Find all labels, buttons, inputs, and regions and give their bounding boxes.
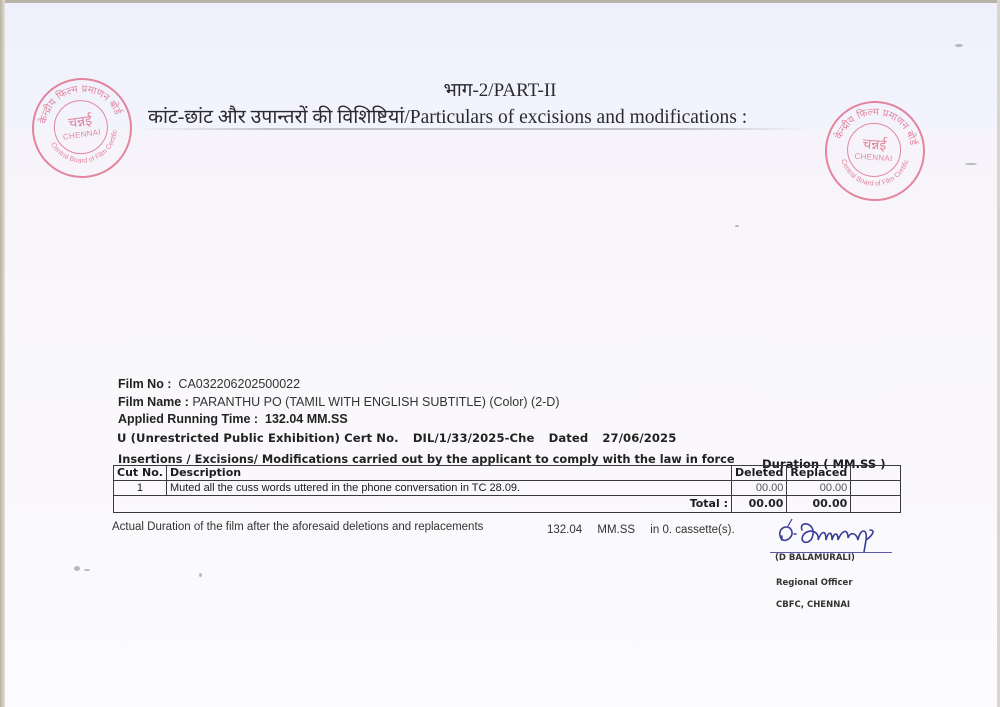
header-description: Description: [166, 466, 731, 481]
cuts-table: Cut No. Description Deleted Replaced 1 M…: [113, 465, 901, 513]
certificate-page: भाग-2/PART-II कांट-छांट और उपान्तरों की …: [0, 0, 1000, 707]
dated-label: Dated: [549, 431, 589, 445]
part-subheading: कांट-छांट और उपान्तरों की विशिष्टियां/Pa…: [148, 102, 808, 129]
total-row: Total : 00.00 00.00: [114, 496, 901, 513]
cuts-table-header: Cut No. Description Deleted Replaced: [114, 466, 901, 481]
cbfc-stamp-icon: केन्द्रीय फिल्म प्रमाणन बोर्ड Central Bo…: [822, 98, 929, 205]
cell-description: Muted all the cuss words uttered in the …: [166, 481, 731, 496]
film-no-line: Film No : CA032206202500022: [118, 377, 300, 391]
running-time-value: 132.04 MM.SS: [265, 412, 348, 426]
cert-number: DIL/1/33/2025-Che: [413, 431, 535, 445]
film-name-value: PARANTHU PO (TAMIL WITH ENGLISH SUBTITLE…: [192, 395, 559, 409]
total-deleted: 00.00: [731, 496, 786, 513]
table-row: 1 Muted all the cuss words uttered in th…: [114, 481, 901, 496]
running-time-label: Applied Running Time :: [118, 412, 258, 426]
total-replaced: 00.00: [787, 496, 851, 513]
stamp-hindi-city: चन्नई: [862, 137, 887, 154]
actual-duration-value: 132.04 MM.SS in 0. cassette(s).: [547, 524, 747, 536]
film-name-line: Film Name : PARANTHU PO (TAMIL WITH ENGL…: [118, 395, 560, 409]
film-no-value: CA032206202500022: [178, 377, 300, 391]
cell-empty: [851, 481, 901, 496]
paper-speck: [84, 569, 90, 571]
film-name-label: Film Name :: [118, 395, 189, 409]
certificate-line: U (Unrestricted Public Exhibition) Cert …: [117, 431, 676, 445]
dated-value: 27/06/2025: [602, 431, 676, 445]
part-heading: भाग-2/PART-II: [0, 76, 1000, 102]
header-replaced: Replaced: [787, 466, 851, 481]
paper-speck: [74, 566, 80, 571]
stamp-city: CHENNAI: [854, 151, 893, 164]
actual-duration-unit: MM.SS: [597, 524, 635, 536]
signature-icon: [768, 518, 898, 554]
total-empty: [851, 496, 901, 513]
film-no-label: Film No :: [118, 377, 171, 391]
cuts-intro: Insertions / Excisions/ Modifications ca…: [118, 452, 735, 466]
cert-text: U (Unrestricted Public Exhibition) Cert …: [117, 431, 399, 445]
paper-speck: [735, 225, 739, 227]
running-time-line: Applied Running Time : 132.04 MM.SS: [118, 412, 348, 426]
paper-top-edge: [0, 0, 1000, 3]
actual-duration-number: 132.04: [547, 524, 582, 536]
paper-speck: [955, 44, 963, 47]
header-cut-no: Cut No.: [114, 466, 167, 481]
actual-duration-text: Actual Duration of the film after the af…: [112, 521, 483, 533]
cell-cut-no: 1: [114, 481, 167, 496]
total-label: Total :: [114, 496, 732, 513]
officer-name: (D BALAMURALI): [775, 553, 855, 563]
paper-left-edge: [0, 0, 5, 707]
cbfc-stamp-icon: केन्द्रीय फिल्म प्रमाणन बोर्ड Central Bo…: [26, 72, 139, 185]
officer-title: Regional Officer: [776, 578, 853, 588]
paper-speck: [965, 163, 977, 165]
actual-cassettes: in 0. cassette(s).: [650, 524, 734, 536]
paper-speck: [199, 573, 202, 577]
header-deleted: Deleted: [731, 466, 786, 481]
header-empty: [851, 466, 901, 481]
cell-replaced: 00.00: [787, 481, 851, 496]
officer-org: CBFC, CHENNAI: [776, 600, 850, 610]
cell-deleted: 00.00: [731, 481, 786, 496]
